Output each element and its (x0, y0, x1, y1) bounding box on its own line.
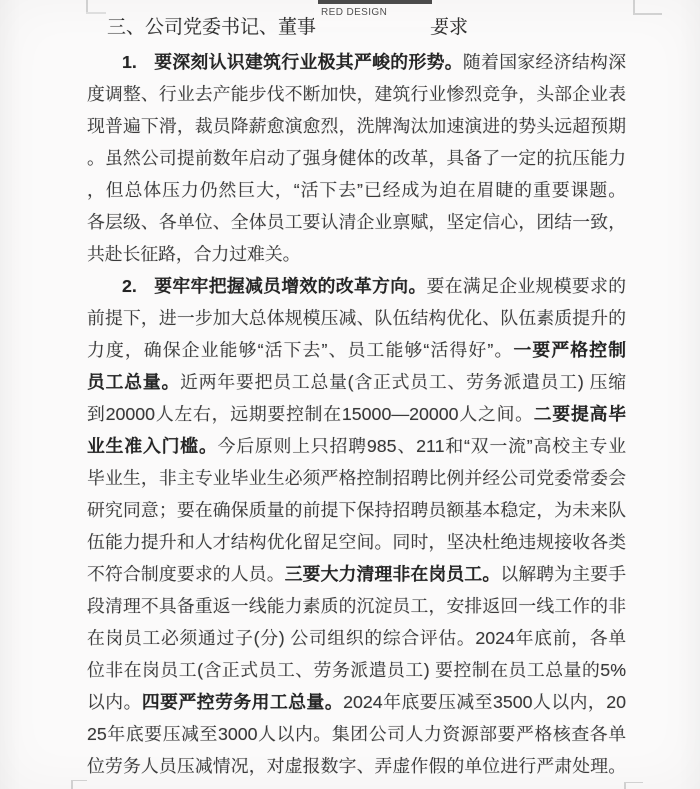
text-line: 业生准入门槛。今后原则上只招聘985、211和“双一流”高校主专业 (87, 430, 626, 462)
text-segment: 伍能力提升和人才结构优化留足空间。同时，坚决杜绝违规接收各类 (87, 532, 626, 552)
text-segment: 毕业生，非主专业毕业生必须严格控制招聘比例并经公司党委常委会 (87, 468, 626, 488)
text-segment: 。虽然公司提前数年启动了强身健体的改革，具备了一定的抗压能力 (87, 148, 626, 168)
table-corner-mark-top-left-horizontal (86, 12, 106, 14)
text-segment: 共赴长征路，合力过难关。 (87, 244, 300, 264)
scanned-document-page: 三、公司党委书记、董事要求 RED DESIGN 1.要深刻认识建筑行业极其严峻… (0, 0, 700, 789)
table-corner-mark-bottom-right-horizontal (624, 782, 643, 784)
text-segment: 三要大力清理非在岗员工。 (285, 564, 501, 584)
text-segment: 随着国家经济结构深 (463, 52, 626, 72)
table-corner-mark-top-right-vertical (633, 0, 635, 14)
text-line: 伍能力提升和人才结构优化留足空间。同时，坚决杜绝违规接收各类 (87, 526, 626, 558)
table-corner-mark-bottom-right-vertical (624, 782, 626, 789)
text-line: 以内。四要严控劳务用工总量。2024年底要压减至3500人以内，20 (87, 686, 626, 718)
text-segment: 以内。 (87, 692, 142, 712)
watermark-label: RED DESIGN (321, 7, 387, 19)
text-segment: 以解聘为主要手 (500, 564, 626, 584)
text-line: 段清理不具备重返一线能力素质的沉淀员工，安排返回一线工作的非 (87, 590, 626, 622)
text-line: 各层级、各单位、全体员工要认清企业禀赋，坚定信心，团结一致， (87, 206, 626, 238)
text-line: 毕业生，非主专业毕业生必须严格控制招聘比例并经公司党委常委会 (87, 462, 626, 494)
text-segment: 今后原则上只招聘985、211和“双一流”高校主专业 (218, 436, 626, 456)
document-body: 1.要深刻认识建筑行业极其严峻的形势。随着国家经济结构深度调整、行业去产能步伐不… (87, 46, 626, 782)
list-number: 2. (122, 276, 137, 296)
text-segment: 力度，确保企业能够“活下去”、员工能够“活得好”。 (87, 340, 513, 360)
text-line: 在岗员工必须通过子(分) 公司组织的综合评估。2024年底前，各单 (87, 622, 626, 654)
text-segment: 业生准入门槛。 (87, 436, 218, 456)
title-obscured-gap (316, 32, 430, 33)
text-line: ，但总体压力仍然巨大，“活下去”已经成为迫在眉睫的重要课题。 (87, 174, 626, 206)
text-segment: 位劳务人员压减情况，对虚报数字、弄虚作假的单位进行严肃处理。 (87, 756, 626, 776)
text-segment: 研究同意；要在确保质量的前提下保持招聘员额基本稳定，为未来队 (87, 500, 626, 520)
text-segment: 二要提高毕 (534, 404, 626, 424)
text-line: 共赴长征路，合力过难关。 (87, 238, 626, 270)
text-segment: 各层级、各单位、全体员工要认清企业禀赋，坚定信心，团结一致， (87, 212, 626, 232)
text-segment: 一要严格控制 (513, 340, 626, 360)
text-line: 位非在岗员工(含正式员工、劳务派遣员工) 要控制在员工总量的5% (87, 654, 626, 686)
text-segment: 到20000人左右，远期要控制在15000—20000人之间。 (87, 404, 534, 424)
text-segment: 要牢牢把握减员增效的改革方向。 (154, 276, 427, 296)
text-segment: 员工总量。 (87, 372, 180, 392)
text-segment: 25年底要压减至3000人以内。集团公司人力资源部要严格核查各单 (87, 724, 626, 744)
text-line: 现普遍下滑，裁员降薪愈演愈烈，洗牌淘汰加速演进的势头远超预期 (87, 110, 626, 142)
table-corner-mark-top-right-horizontal (633, 13, 662, 15)
list-number: 1. (122, 52, 137, 72)
section-title-prefix: 三、公司党委书记、董事 (107, 17, 316, 38)
watermark-top-bar (318, 0, 432, 4)
text-segment: 四要严控劳务用工总量。 (142, 692, 343, 712)
text-segment: 要深刻认识建筑行业极其严峻的形势。 (154, 52, 463, 72)
text-line: 1.要深刻认识建筑行业极其严峻的形势。随着国家经济结构深 (87, 46, 626, 78)
text-segment: ，但总体压力仍然巨大，“活下去”已经成为迫在眉睫的重要课题。 (87, 180, 626, 200)
text-segment: 要在满足企业规模要求的 (427, 276, 626, 296)
table-corner-mark-bottom-left-vertical (71, 780, 73, 789)
text-line: 前提下，进一步加大总体规模压减、队伍结构优化、队伍素质提升的 (87, 302, 626, 334)
text-line: 不符合制度要求的人员。三要大力清理非在岗员工。以解聘为主要手 (87, 558, 626, 590)
text-segment: 前提下，进一步加大总体规模压减、队伍结构优化、队伍素质提升的 (87, 308, 626, 328)
text-segment: 位非在岗员工(含正式员工、劳务派遣员工) 要控制在员工总量的5% (87, 660, 626, 680)
text-line: 。虽然公司提前数年启动了强身健体的改革，具备了一定的抗压能力 (87, 142, 626, 174)
text-segment: 现普遍下滑，裁员降薪愈演愈烈，洗牌淘汰加速演进的势头远超预期 (87, 116, 626, 136)
text-segment: 近两年要把员工总量(含正式员工、劳务派遣员工) 压缩 (180, 372, 626, 392)
text-segment: 段清理不具备重返一线能力素质的沉淀员工，安排返回一线工作的非 (87, 596, 626, 616)
text-line: 2.要牢牢把握减员增效的改革方向。要在满足企业规模要求的 (87, 270, 626, 302)
text-line: 度调整、行业去产能步伐不断加快，建筑行业惨烈竞争，头部企业表 (87, 78, 626, 110)
text-line: 力度，确保企业能够“活下去”、员工能够“活得好”。一要严格控制 (87, 334, 626, 366)
text-segment: 不符合制度要求的人员。 (87, 564, 285, 584)
table-corner-mark-bottom-left-horizontal (71, 780, 87, 782)
text-line: 位劳务人员压减情况，对虚报数字、弄虚作假的单位进行严肃处理。 (87, 750, 626, 782)
text-line: 25年底要压减至3000人以内。集团公司人力资源部要严格核查各单 (87, 718, 626, 750)
text-line: 员工总量。近两年要把员工总量(含正式员工、劳务派遣员工) 压缩 (87, 366, 626, 398)
text-segment: 2024年底要压减至3500人以内，20 (343, 692, 626, 712)
text-line: 到20000人左右，远期要控制在15000—20000人之间。二要提高毕 (87, 398, 626, 430)
text-segment: 在岗员工必须通过子(分) 公司组织的综合评估。2024年底前，各单 (87, 628, 626, 648)
text-segment: 度调整、行业去产能步伐不断加快，建筑行业惨烈竞争，头部企业表 (87, 84, 626, 104)
text-line: 研究同意；要在确保质量的前提下保持招聘员额基本稳定，为未来队 (87, 494, 626, 526)
red-design-watermark: RED DESIGN (314, 0, 436, 27)
